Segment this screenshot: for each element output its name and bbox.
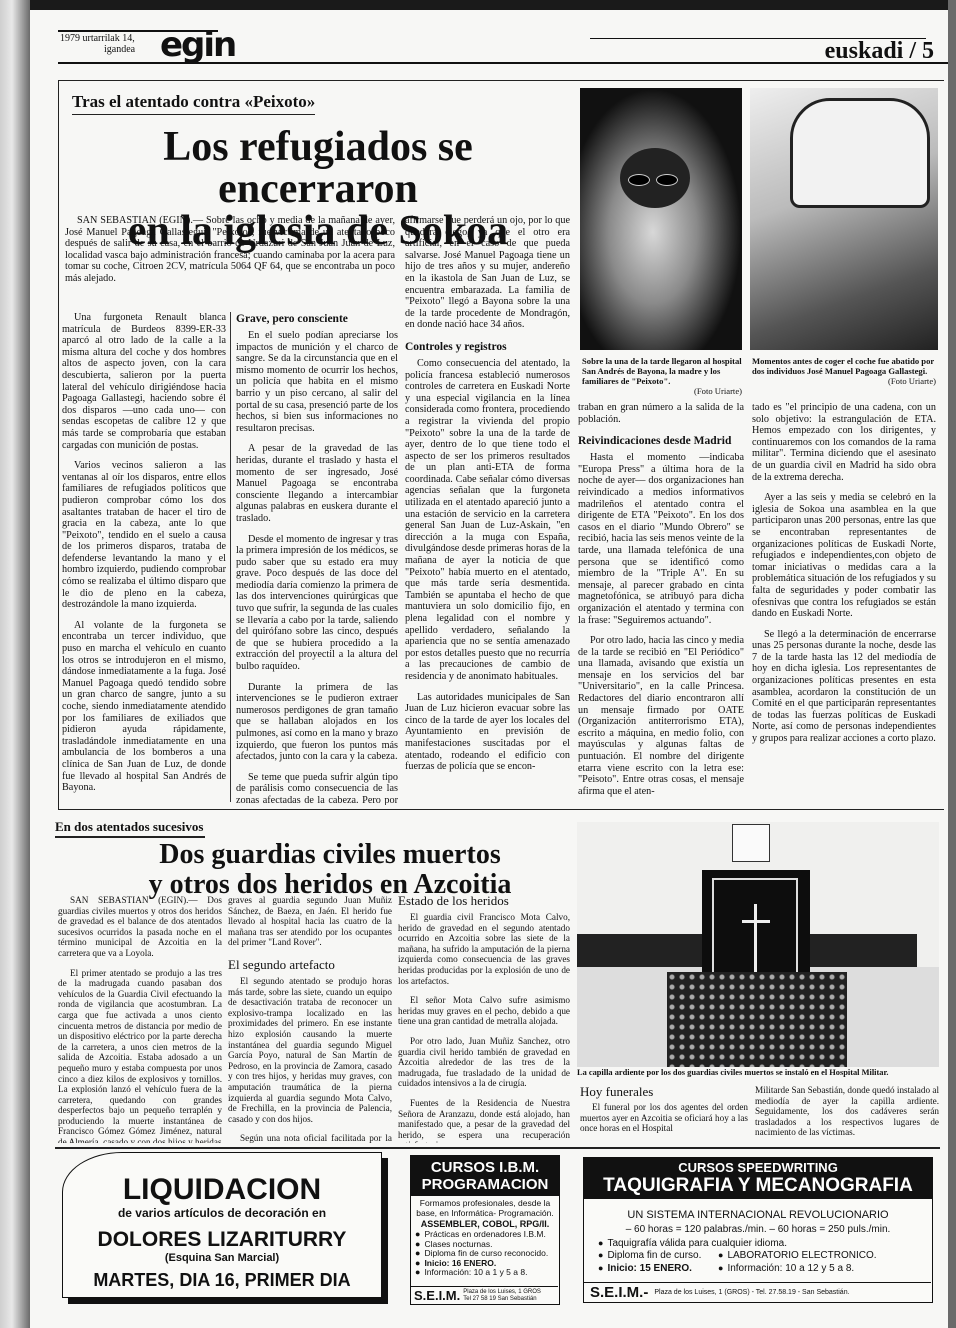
paragraph: Las autoridades municipales de San Juan …: [405, 692, 570, 773]
funeral-photo-caption: La capilla ardiente por los dos guardias…: [577, 1068, 939, 1078]
ad-store: DOLORES LIZARITURRY: [62, 1228, 382, 1252]
ad-location: (Esquina San Marcial): [62, 1252, 382, 1264]
ad-ibm-title2: PROGRAMACION: [411, 1176, 559, 1193]
ad-speed-address: Plaza de los Luises, 1 (GROS) - Tel. 27.…: [654, 1289, 849, 1296]
paragraph: tado es "el principio de una cadena, con…: [752, 402, 936, 483]
paragraph: A pesar de la gravedad de las heridas, d…: [236, 443, 398, 524]
ad-ibm-header: CURSOS I.B.M. PROGRAMACION: [411, 1156, 559, 1196]
article1-col5: tado es "el principio de una cadena, con…: [752, 402, 936, 807]
address-line1: Plaza de los Luises, 1 GROS: [463, 1289, 541, 1296]
portrait-frame: [732, 824, 770, 862]
photo-credit: (Foto Uriarte): [582, 386, 742, 396]
funerales-col2: Militarde San Sebastián, donde quedó ins…: [755, 1085, 939, 1145]
subhead-hoy-funerales: Hoy funerales: [580, 1084, 653, 1100]
article1-col1: Una furgoneta Renault blanca matrícula d…: [62, 312, 226, 805]
paragraph: Hasta el momento —indicaba "Europa Press…: [578, 452, 744, 626]
subhead-controles: Controles y registros: [405, 340, 570, 354]
ad-speed-bullets: Taquigrafía válida para cualquier idioma…: [584, 1238, 932, 1249]
kicker-underline: [55, 836, 205, 838]
ad-speed-footer: S.E.I.M.- Plaza de los Luises, 1 (GROS) …: [584, 1282, 931, 1302]
paragraph: Desde el momento de ingresar y tras la p…: [236, 534, 398, 673]
paragraph: Una furgoneta Renault blanca matrícula d…: [62, 312, 226, 451]
article2-col1: SAN SEBASTIAN (EGIN).— Dos guardias civi…: [58, 895, 222, 1143]
ad-speed-bullets-left: Diploma fin de curso. Inicio: 15 ENERO.: [598, 1249, 718, 1275]
caption-text: Momentos antes de coger el coche fue aba…: [752, 356, 934, 376]
ad-title: LIQUIDACION: [62, 1174, 382, 1206]
article1-kicker: Tras el atentado contra «Peixoto»: [72, 92, 315, 115]
ad-speed-rates: – 60 horas = 120 palabras./min. – 60 hor…: [584, 1224, 932, 1235]
paragraph: Se llegó a la determinación de encerrars…: [752, 629, 936, 745]
ad-speed-school: S.E.I.M.-: [590, 1284, 648, 1301]
ad-ibm-footer: S.E.I.M. Plaza de los Luises, 1 GROS Tel…: [411, 1286, 558, 1304]
date-line2: igandea: [60, 44, 135, 55]
paragraph: traban en gran número a la salida de la …: [578, 402, 744, 425]
bullet: LABORATORIO ELECTRONICO.: [718, 1249, 877, 1262]
photo-citroen-car: [750, 88, 938, 350]
paragraph: Ayer a las seis y media se celebró en la…: [752, 492, 936, 620]
paragraph: Durante la primera de las intervenciones…: [236, 682, 398, 763]
kicker-text: Tras el atentado contra «Peixoto»: [72, 92, 315, 115]
ad-ibm-address: Plaza de los Luises, 1 GROS Tel 27 58 19…: [463, 1289, 541, 1302]
ad-speed-title1: CURSOS SPEEDWRITING: [584, 1160, 932, 1175]
paragraph: El segundo atentado se produjo horas más…: [228, 976, 392, 1124]
paragraph: afirmarse que perderá un ojo, por lo que…: [405, 215, 570, 331]
photo1-caption: Sobre la una de la tarde llegaron al hos…: [582, 356, 742, 396]
article1-lead: SAN SEBASTIAN (EGIN).— Sobre las ocho y …: [65, 215, 395, 305]
photo-credit: (Foto Uriarte): [752, 376, 936, 386]
photo2-caption: Momentos antes de coger el coche fue aba…: [752, 356, 936, 386]
ad-cursos-ibm: CURSOS I.B.M. PROGRAMACION Formamos prof…: [410, 1155, 560, 1305]
ads-separator: [55, 1147, 940, 1149]
paragraph: graves al guardia segundo Juan Muñiz Sán…: [228, 895, 392, 948]
photo-capilla-ardiente: [577, 822, 939, 1067]
paragraph: SAN SEBASTIAN (EGIN).— Dos guardias civi…: [58, 895, 222, 959]
subhead-grave: Grave, pero consciente: [236, 312, 398, 326]
subhead-estado-heridos: Estado de los heridos: [398, 893, 570, 908]
ad-speed-header: CURSOS SPEEDWRITING TAQUIGRAFIA Y MECANO…: [584, 1158, 932, 1199]
article2-col3: Estado de los heridos El guardia civil F…: [398, 893, 570, 1143]
sunglasses-lens: [656, 174, 678, 186]
cross-bar: [742, 920, 770, 923]
caption-text: Sobre la una de la tarde llegaron al hos…: [582, 356, 742, 386]
article2-col2: graves al guardia segundo Juan Muñiz Sán…: [228, 895, 392, 1143]
subhead-reivindicaciones: Reivindicaciones desde Madrid: [578, 434, 744, 448]
paragraph: Según una nota oficial facilitada por la…: [228, 1133, 392, 1143]
subhead-segundo-artefacto: El segundo artefacto: [228, 957, 392, 972]
article1-col2: Grave, pero consciente En el suelo podía…: [236, 312, 398, 805]
ad-shadow: [68, 1298, 388, 1304]
headline-line1: Dos guardias civiles muertos: [100, 840, 560, 870]
headline-line1: Los refugiados se encerraron: [62, 126, 574, 210]
paragraph: Fuentes de la Residencia de Nuestra Seño…: [398, 1098, 570, 1143]
ad-speedwriting: CURSOS SPEEDWRITING TAQUIGRAFIA Y MECANO…: [583, 1157, 933, 1303]
bullet: Información: 10 a 12 y 5 a 8.: [718, 1262, 877, 1275]
paragraph: El primer atentado se produjo a las tres…: [58, 968, 222, 1143]
ad-ibm-school: S.E.I.M.: [414, 1288, 460, 1303]
paragraph: Al volante de la furgoneta se encontraba…: [62, 620, 226, 794]
ad-ibm-bullets: Prácticas en ordenadores I.B.M. Clases n…: [411, 1230, 559, 1278]
ad-date: MARTES, DIA 16, PRIMER DIA: [62, 1270, 382, 1291]
paragraph: Por otro lado, Juan Muñiz Sanchez, otro …: [398, 1036, 570, 1089]
bullet: Información: 10 a 1 y 5 a 8.: [415, 1268, 559, 1278]
ad-ibm-title1: CURSOS I.B.M.: [411, 1159, 559, 1176]
page-binding-shadow: [0, 0, 30, 1328]
paragraph: Militarde San Sebastián, donde quedó ins…: [755, 1085, 939, 1138]
ad-speed-bullet-row: Diploma fin de curso. Inicio: 15 ENERO. …: [584, 1249, 932, 1275]
ad-liquidacion: LIQUIDACION de varios artículos de decor…: [62, 1152, 390, 1305]
bullet: Taquigrafía válida para cualquier idioma…: [598, 1238, 932, 1249]
article1-col3: afirmarse que perderá un ojo, por lo que…: [405, 215, 570, 805]
paragraph: El funeral por los dos agentes del orden…: [580, 1102, 748, 1134]
sunglasses-lens: [628, 174, 650, 186]
article2-kicker: En dos atentados sucesivos: [55, 818, 203, 838]
paragraph: En el suelo podían apreciarse los impact…: [236, 330, 398, 434]
ad-shadow: [382, 1158, 388, 1304]
paragraph: El guardia civil Francisco Mota Calvo, h…: [398, 912, 570, 986]
paragraph: Por otro lado, hacia las cinco y media d…: [578, 635, 744, 797]
dateline: 1979 urtarrilak 14, igandea: [60, 33, 135, 55]
bullet: Diploma fin de curso.: [598, 1249, 718, 1262]
paragraph: El señor Mota Calvo sufre asimismo herid…: [398, 995, 570, 1027]
paragraph: Varios vecinos salieron a las ventanas a…: [62, 460, 226, 611]
article2-headline: Dos guardias civiles muertos y otros dos…: [100, 840, 560, 900]
car-body-shape: [790, 98, 930, 208]
funerales-col1: El funeral por los dos agentes del orden…: [580, 1102, 748, 1144]
ad-speed-tagline: UN SISTEMA INTERNACIONAL REVOLUCIONARIO: [584, 1209, 932, 1221]
column-rule: [230, 312, 231, 802]
lead-paragraph: SAN SEBASTIAN (EGIN).— Sobre las ocho y …: [65, 215, 395, 285]
egin-logo: egin: [160, 28, 235, 62]
date-line1: 1979 urtarrilak 14,: [60, 33, 135, 44]
paragraph: Como consecuencia del atentado, la polic…: [405, 358, 570, 683]
bullet: Inicio: 15 ENERO.: [598, 1262, 718, 1275]
flower-wreaths: [667, 972, 847, 1067]
ad-subtitle: de varios artículos de decoración en: [62, 1206, 382, 1220]
article1-col4: traban en gran número a la salida de la …: [578, 402, 744, 807]
ad-speed-title2: TAQUIGRAFIA Y MECANOGRAFIA: [584, 1175, 932, 1196]
section-label: euskadi / 5: [825, 38, 934, 65]
page-edge-shadow: [948, 0, 956, 1328]
ad-ibm-intro: Formamos profesionales, desde la base, e…: [411, 1196, 559, 1218]
photo-mother-at-hospital: [580, 88, 742, 350]
paragraph: Se teme que pueda sufrir algún tipo de p…: [236, 772, 398, 805]
bullet-text: Inicio: 15 ENERO.: [607, 1263, 691, 1274]
ad-speed-bullets-right: LABORATORIO ELECTRONICO. Información: 10…: [718, 1249, 877, 1275]
address-line2: Tel 27 58 19 San Sebastián: [463, 1296, 541, 1303]
